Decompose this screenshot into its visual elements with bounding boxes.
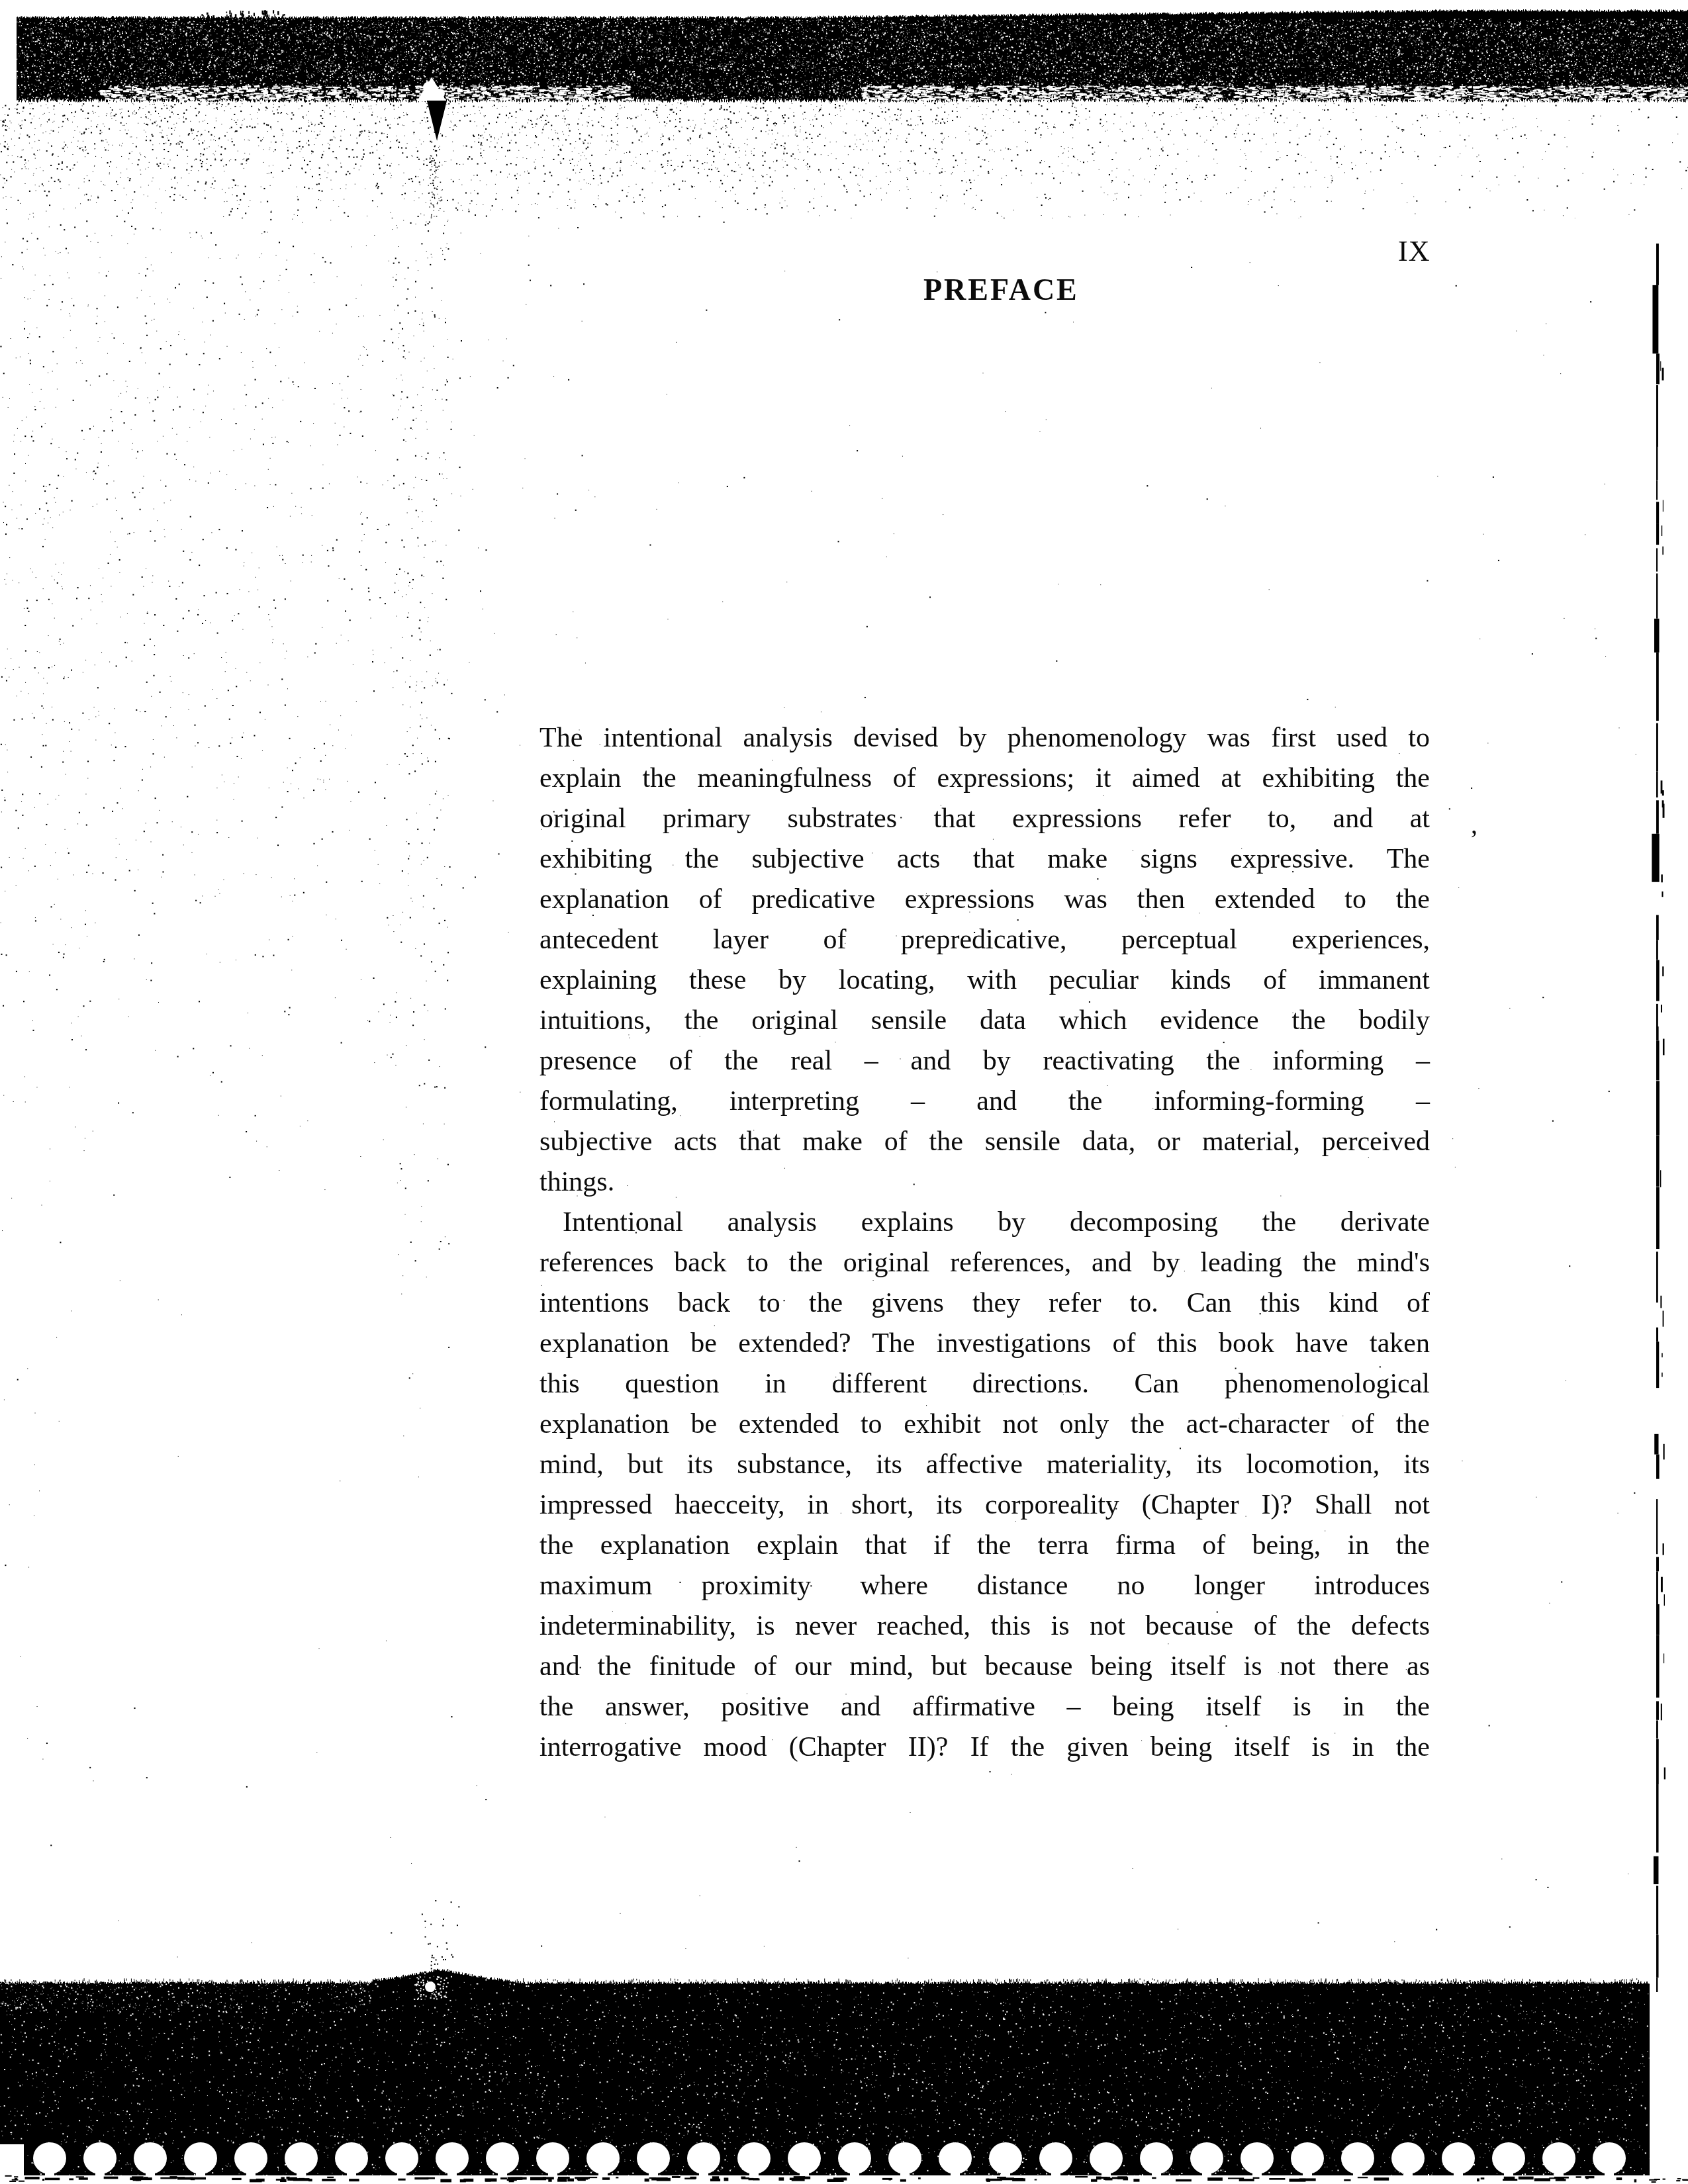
text-line: The intentional analysis devised by phen… xyxy=(539,718,1430,758)
text-line: maximum proximity where distance no long… xyxy=(539,1566,1430,1606)
text-line: mind, but its substance, its affective m… xyxy=(539,1445,1430,1485)
text-line: exhibiting the subjective acts that make… xyxy=(539,839,1430,880)
text-line: things. xyxy=(539,1162,1430,1203)
text-line: original primary substrates that express… xyxy=(539,799,1430,839)
text-line: presence of the real – and by reactivati… xyxy=(539,1041,1430,1081)
left-margin-noise xyxy=(0,218,596,1873)
bottom-scan-band-binding-holes xyxy=(0,1873,1688,2184)
paragraph-1: The intentional analysis devised by phen… xyxy=(539,718,1430,1203)
text-line: impressed haecceity, in short, its corpo… xyxy=(539,1485,1430,1525)
text-line: formulating, interpreting – and the info… xyxy=(539,1081,1430,1122)
page-number: IX xyxy=(1398,237,1430,266)
text-line: explanation of predicative expressions w… xyxy=(539,880,1430,920)
text-line: and the finitude of our mind, but becaus… xyxy=(539,1647,1430,1687)
scanned-book-page: IX PREFACE The intentional analysis devi… xyxy=(0,0,1688,2184)
text-line: indeterminability, is never reached, thi… xyxy=(539,1606,1430,1647)
body-text: The intentional analysis devised by phen… xyxy=(539,718,1430,1768)
text-line: interrogative mood (Chapter II)? If the … xyxy=(539,1727,1430,1768)
preface-heading: PREFACE xyxy=(923,274,1079,306)
paragraph-2: Intentional analysis explains by decompo… xyxy=(539,1203,1430,1768)
text-line: explanation be extended? The investigati… xyxy=(539,1324,1430,1364)
text-line: explain the meaningfulness of expression… xyxy=(539,758,1430,799)
text-line: the explanation explain that if the terr… xyxy=(539,1525,1430,1566)
text-line: explaining these by locating, with pecul… xyxy=(539,960,1430,1001)
text-line: intuitions, the original sensile data wh… xyxy=(539,1001,1430,1041)
text-line: references back to the original referenc… xyxy=(539,1243,1430,1283)
film-edge-line xyxy=(1640,232,1688,1992)
text-line: intentions back to the givens they refer… xyxy=(539,1283,1430,1324)
text-line: Intentional analysis explains by decompo… xyxy=(539,1203,1430,1243)
stray-ink-mark: , xyxy=(1471,811,1477,838)
text-line: this question in different directions. C… xyxy=(539,1364,1430,1404)
text-line: subjective acts that make of the sensile… xyxy=(539,1122,1430,1162)
text-line: explanation be extended to exhibit not o… xyxy=(539,1404,1430,1445)
text-line: antecedent layer of prepredicative, perc… xyxy=(539,920,1430,960)
text-line: the answer, positive and affirmative – b… xyxy=(539,1687,1430,1727)
top-scan-band xyxy=(0,0,1688,218)
